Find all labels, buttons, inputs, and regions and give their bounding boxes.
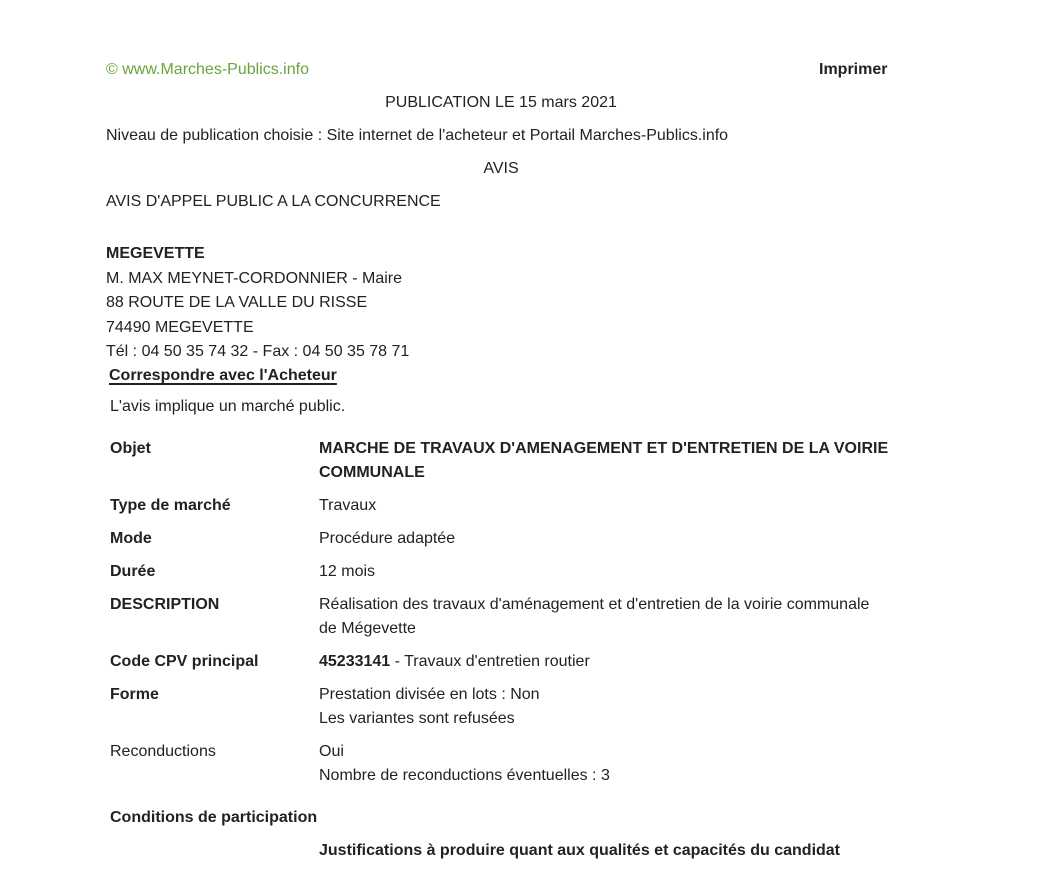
notice-text: L'avis implique un marché public.	[110, 398, 345, 416]
detail-row-cpv: Code CPV principal 45233141 - Travaux d'…	[110, 650, 890, 683]
detail-label: Reconductions	[110, 740, 319, 797]
detail-label: Mode	[110, 527, 319, 560]
detail-row-objet: Objet MARCHE DE TRAVAUX D'AMENAGEMENT ET…	[110, 437, 890, 494]
detail-value: 12 mois	[319, 560, 890, 593]
top-bar: © www.Marches-Publics.info Imprimer	[106, 61, 896, 83]
print-button[interactable]: Imprimer	[819, 61, 887, 79]
publication-date: PUBLICATION LE 15 mars 2021	[106, 94, 896, 112]
publication-level: Niveau de publication choisie : Site int…	[106, 127, 728, 145]
buyer-contact: M. MAX MEYNET-CORDONNIER - Maire	[106, 267, 409, 292]
detail-label: Code CPV principal	[110, 650, 319, 683]
site-link[interactable]: © www.Marches-Publics.info	[106, 61, 309, 79]
cpv-description: - Travaux d'entretien routier	[390, 653, 590, 670]
details-table: Objet MARCHE DE TRAVAUX D'AMENAGEMENT ET…	[110, 437, 890, 797]
conditions-subheading: Justifications à produire quant aux qual…	[319, 842, 840, 860]
detail-value: Procédure adaptée	[319, 527, 890, 560]
forme-variantes: Les variantes sont refusées	[319, 707, 890, 731]
detail-label: DESCRIPTION	[110, 593, 319, 650]
detail-row-mode: Mode Procédure adaptée	[110, 527, 890, 560]
buyer-phone-fax: Tél : 04 50 35 74 32 - Fax : 04 50 35 78…	[106, 340, 409, 365]
reconductions-value: Oui	[319, 740, 890, 764]
detail-value: Réalisation des travaux d'aménagement et…	[319, 593, 890, 650]
detail-value: Oui Nombre de reconductions éventuelles …	[319, 740, 890, 797]
detail-row-forme: Forme Prestation divisée en lots : Non L…	[110, 683, 890, 740]
detail-value: Prestation divisée en lots : Non Les var…	[319, 683, 890, 740]
buyer-city: 74490 MEGEVETTE	[106, 316, 409, 341]
detail-row-description: DESCRIPTION Réalisation des travaux d'am…	[110, 593, 890, 650]
detail-row-reconductions: Reconductions Oui Nombre de reconduction…	[110, 740, 890, 797]
buyer-name: MEGEVETTE	[106, 242, 409, 267]
buyer-block: MEGEVETTE M. MAX MEYNET-CORDONNIER - Mai…	[106, 242, 409, 365]
avis-heading: AVIS	[106, 160, 896, 178]
detail-value: Travaux	[319, 494, 890, 527]
conditions-heading: Conditions de participation	[110, 809, 317, 827]
forme-lots: Prestation divisée en lots : Non	[319, 683, 890, 707]
detail-row-duree: Durée 12 mois	[110, 560, 890, 593]
contact-buyer-link[interactable]: Correspondre avec l'Acheteur	[109, 367, 337, 385]
detail-label: Durée	[110, 560, 319, 593]
detail-label: Type de marché	[110, 494, 319, 527]
reconductions-count: Nombre de reconductions éventuelles : 3	[319, 764, 890, 788]
avis-type: AVIS D'APPEL PUBLIC A LA CONCURRENCE	[106, 193, 441, 211]
detail-value: 45233141 - Travaux d'entretien routier	[319, 650, 890, 683]
detail-value: MARCHE DE TRAVAUX D'AMENAGEMENT ET D'ENT…	[319, 437, 890, 494]
detail-label: Objet	[110, 437, 319, 494]
buyer-address: 88 ROUTE DE LA VALLE DU RISSE	[106, 291, 409, 316]
detail-row-type: Type de marché Travaux	[110, 494, 890, 527]
detail-label: Forme	[110, 683, 319, 740]
cpv-code: 45233141	[319, 653, 390, 670]
